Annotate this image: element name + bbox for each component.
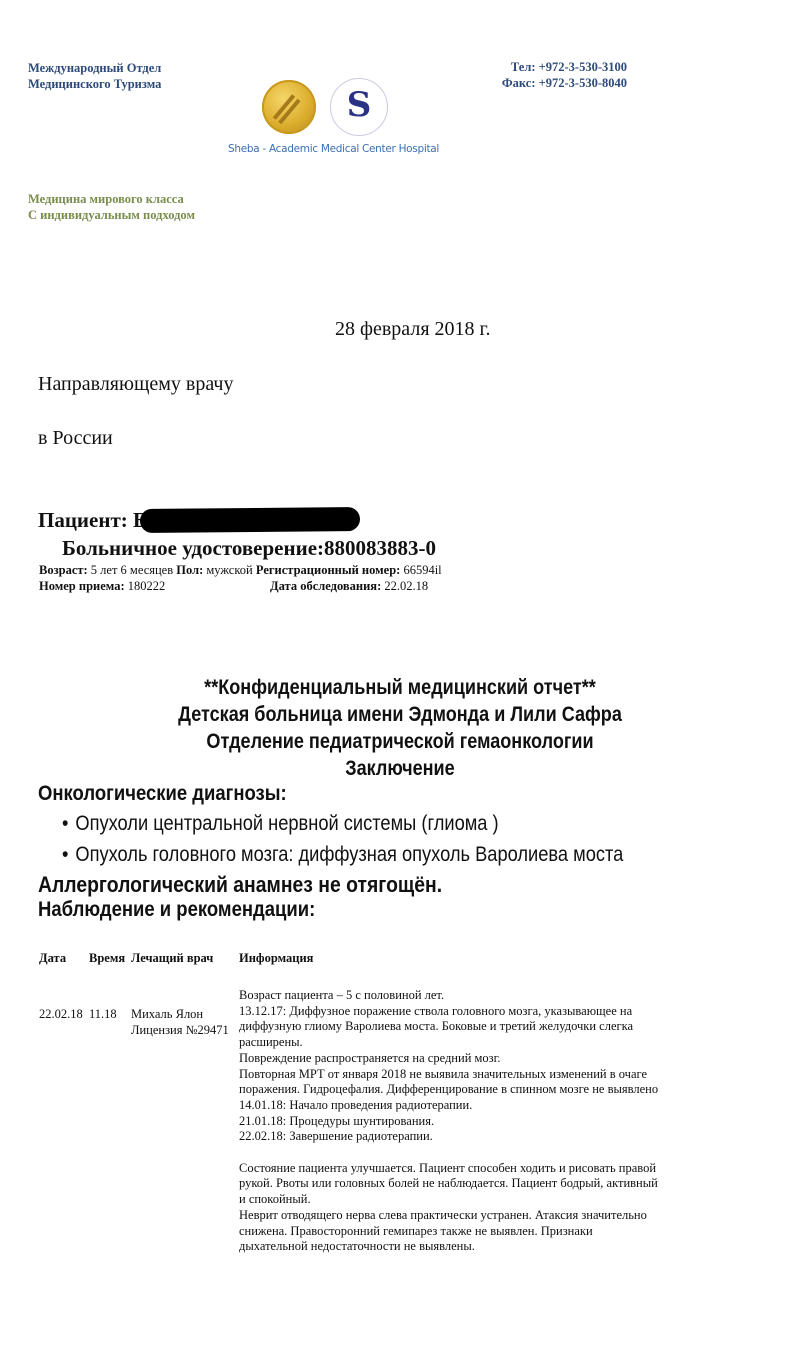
- report-title-line-1: **Конфиденциальный медицинский отчет**: [56, 674, 744, 701]
- tagline-line-1: Медицина мирового класса: [28, 191, 195, 207]
- info-line: 13.12.17: Диффузное поражение ствола гол…: [239, 1004, 709, 1020]
- info-line: Неврит отводящего нерва слева практическ…: [239, 1208, 709, 1224]
- report-title: **Конфиденциальный медицинский отчет** Д…: [56, 674, 744, 782]
- info-line: 14.01.18: Начало проведения радиотерапии…: [239, 1098, 709, 1114]
- visit-number: Номер приема: 180222: [39, 578, 165, 594]
- row-time: 11.18: [89, 1006, 117, 1022]
- column-header-date: Дата: [39, 951, 66, 966]
- row-license: Лицензия №29471: [131, 1022, 229, 1038]
- report-title-line-3: Отделение педиатрической гемаонкологии: [56, 728, 744, 755]
- info-line: поражения. Гидроцефалия. Дифференцирован…: [239, 1082, 709, 1098]
- hospital-id: Больничное удостоверение:880083883-0: [62, 536, 436, 561]
- observations-heading: Наблюдение и рекомендации:: [38, 898, 315, 922]
- info-line: Состояние пациента улучшается. Пациент с…: [239, 1161, 709, 1177]
- reg-number-value: 66594il: [400, 563, 441, 577]
- contact-info: Тел: +972-3-530-3100 Факс: +972-3-530-80…: [490, 59, 627, 91]
- column-header-time: Время: [89, 951, 125, 966]
- row-doctor: Михаль Ялон: [131, 1006, 203, 1022]
- age-value: 5 лет 6 месяцев: [88, 563, 177, 577]
- department-line-2: Медицинского Туризма: [28, 76, 161, 92]
- diagnosis-item: Опухоли центральной нервной системы (гли…: [62, 808, 623, 839]
- info-line: снижена. Правосторонний гемипарез также …: [239, 1224, 709, 1240]
- redaction-mark: [140, 507, 360, 533]
- row-date: 22.02.18: [39, 1006, 83, 1022]
- hospital-logos: S Sheba - Academic Medical Center Hospit…: [226, 78, 426, 158]
- sex-value: мужской: [203, 563, 256, 577]
- department-name: Международный Отдел Медицинского Туризма: [28, 60, 161, 92]
- exam-date-label: Дата обследования:: [270, 579, 381, 593]
- letter-date: 28 февраля 2018 г.: [335, 318, 490, 341]
- age-label: Возраст:: [39, 563, 88, 577]
- addressee-line-2: в России: [38, 427, 113, 450]
- visit-number-value: 180222: [125, 579, 166, 593]
- info-line: Возраст пациента – 5 с половиной лет.: [239, 988, 709, 1004]
- info-line: Повреждение распространяется на средний …: [239, 1051, 709, 1067]
- info-line: 22.02.18: Завершение радиотерапии.: [239, 1129, 709, 1145]
- phone-number: Тел: +972-3-530-3100: [490, 59, 627, 75]
- column-header-doctor: Лечащий врач: [131, 951, 213, 966]
- fax-number: Факс: +972-3-530-8040: [490, 75, 627, 91]
- info-line: 21.01.18: Процедуры шунтирования.: [239, 1114, 709, 1130]
- hospital-name: Sheba - Academic Medical Center Hospital: [228, 143, 439, 155]
- info-line: расширены.: [239, 1035, 709, 1051]
- diagnoses-heading: Онкологические диагнозы:: [38, 782, 287, 806]
- tagline-line-2: С индивидуальным подходом: [28, 207, 195, 223]
- report-title-line-4: Заключение: [56, 755, 744, 782]
- row-info: Возраст пациента – 5 с половиной лет.13.…: [239, 988, 709, 1255]
- column-header-info: Информация: [239, 951, 313, 966]
- diagnosis-item: Опухоль головного мозга: диффузная опухо…: [62, 839, 623, 870]
- info-line: рукой. Рвоты или головных болей не наблю…: [239, 1176, 709, 1192]
- info-line: и спокойный.: [239, 1192, 709, 1208]
- addressee-line-1: Направляющему врачу: [38, 373, 233, 396]
- patient-meta-line-1: Возраст: 5 лет 6 месяцев Пол: мужской Ре…: [39, 562, 442, 578]
- info-line: дыхательной недостаточности не выявлены.: [239, 1239, 709, 1255]
- exam-date-value: 22.02.18: [381, 579, 428, 593]
- sheba-emblem-icon: S: [330, 78, 388, 136]
- visit-number-label: Номер приема:: [39, 579, 125, 593]
- diagnoses-list: Опухоли центральной нервной системы (гли…: [62, 808, 623, 870]
- tagline: Медицина мирового класса С индивидуальны…: [28, 191, 195, 223]
- accreditation-seal-icon: [262, 80, 316, 134]
- reg-number-label: Регистрационный номер:: [256, 563, 400, 577]
- info-line: диффузную глиому Варолиева моста. Боковы…: [239, 1019, 709, 1035]
- exam-date: Дата обследования: 22.02.18: [270, 578, 428, 594]
- allergy-statement: Аллергологический анамнез не отягощён.: [38, 872, 442, 898]
- info-line: Повторная МРТ от января 2018 не выявила …: [239, 1067, 709, 1083]
- info-line: [239, 1145, 709, 1161]
- report-title-line-2: Детская больница имени Эдмонда и Лили Са…: [56, 701, 744, 728]
- sex-label: Пол:: [176, 563, 203, 577]
- department-line-1: Международный Отдел: [28, 60, 161, 76]
